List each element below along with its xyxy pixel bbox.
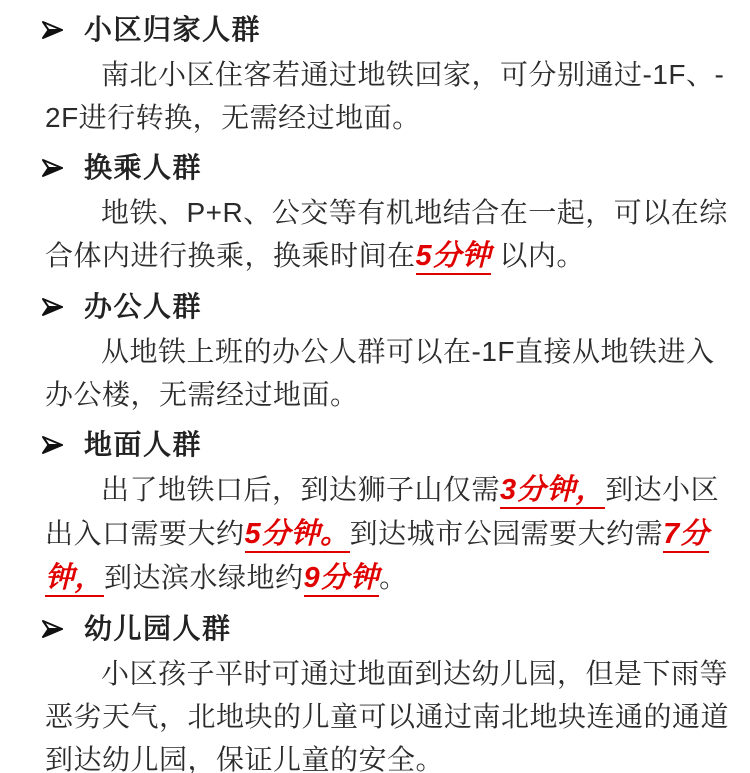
section: 换乘人群地铁、P+R、公交等有机地结合在一起，可以在综合体内进行换乘，换乘时间在…	[0, 152, 726, 278]
arrowhead-bullet-icon	[40, 19, 65, 41]
arrowhead-bullet-icon	[40, 434, 65, 456]
arrowhead-bullet-icon	[40, 618, 65, 640]
section: 幼儿园人群小区孩子平时可通过地面到达幼儿园，但是下雨等恶劣天气，北地块的儿童可以…	[0, 613, 726, 773]
body-text: 。	[379, 562, 408, 593]
highlighted-duration-text: 5分钟	[416, 240, 492, 275]
section-heading-label: 幼儿园人群	[84, 613, 232, 645]
paragraph-line: 小区孩子平时可通过地面到达幼儿园，但是下雨等	[0, 652, 726, 695]
section: 办公人群从地铁上班的办公人群可以在-1F直接从地铁进入办公楼，无需经过地面。	[0, 291, 726, 416]
section: 地面人群出了地铁口后，到达狮子山仅需3分钟，到达小区出入口需要大约5分钟。到达城…	[0, 429, 726, 600]
paragraph-line: 钟，到达滨水绿地约9分钟。	[0, 556, 726, 600]
body-text: 2F进行转换，无需经过地面。	[45, 102, 421, 133]
paragraph-line: 办公楼，无需经过地面。	[0, 373, 726, 416]
highlighted-duration-text: 钟，	[45, 562, 104, 597]
section-heading-label: 办公人群	[84, 291, 202, 323]
section-heading-label: 地面人群	[84, 429, 202, 461]
section-heading: 幼儿园人群	[0, 613, 726, 645]
paragraph-line: 到达幼儿园，保证儿童的安全。	[0, 738, 726, 773]
section: 小区归家人群南北小区住客若通过地铁回家，可分别通过-1F、-2F进行转换，无需经…	[0, 14, 726, 139]
highlighted-duration-text: 5分钟。	[245, 518, 350, 553]
section-heading: 地面人群	[0, 429, 726, 461]
paragraph-line: 2F进行转换，无需经过地面。	[0, 96, 726, 139]
paragraph-line: 南北小区住客若通过地铁回家，可分别通过-1F、-	[0, 53, 726, 96]
body-text: 到达滨水绿地约	[104, 562, 304, 593]
body-text: 从地铁上班的办公人群可以在-1F直接从地铁进入	[101, 336, 715, 367]
arrowhead-bullet-icon	[40, 296, 65, 318]
paragraph-line: 恶劣天气，北地块的儿童可以通过南北地块连通的通道	[0, 695, 726, 738]
body-text: 合体内进行换乘，换乘时间在	[45, 240, 416, 271]
body-text: 恶劣天气，北地块的儿童可以通过南北地块连通的通道	[45, 701, 729, 732]
section-heading-label: 小区归家人群	[84, 14, 261, 46]
section-heading: 办公人群	[0, 291, 726, 323]
document-body: 小区归家人群南北小区住客若通过地铁回家，可分别通过-1F、-2F进行转换，无需经…	[0, 0, 750, 773]
body-text: 以内。	[491, 240, 585, 271]
paragraph-line: 从地铁上班的办公人群可以在-1F直接从地铁进入	[0, 330, 726, 373]
paragraph-line: 出了地铁口后，到达狮子山仅需3分钟，到达小区	[0, 468, 726, 512]
section-heading: 小区归家人群	[0, 14, 726, 46]
section-heading: 换乘人群	[0, 152, 726, 184]
body-text: 南北小区住客若通过地铁回家，可分别通过-1F、-	[101, 59, 724, 90]
body-text: 到达小区	[605, 474, 719, 505]
arrowhead-bullet-icon	[40, 157, 65, 179]
body-text: 到达幼儿园，保证儿童的安全。	[45, 744, 444, 773]
section-heading-label: 换乘人群	[84, 152, 202, 184]
paragraph-line: 合体内进行换乘，换乘时间在5分钟 以内。	[0, 234, 726, 278]
highlighted-duration-text: 7分	[663, 518, 709, 553]
body-text: 地铁、P+R、公交等有机地结合在一起，可以在综	[101, 197, 728, 228]
body-text: 小区孩子平时可通过地面到达幼儿园，但是下雨等	[101, 658, 728, 689]
highlighted-duration-text: 9分钟	[304, 562, 380, 597]
highlighted-duration-text: 3分钟，	[500, 474, 605, 509]
body-text: 到达城市公园需要大约需	[350, 518, 664, 549]
paragraph-line: 出入口需要大约5分钟。到达城市公园需要大约需7分	[0, 512, 726, 556]
paragraph-line: 地铁、P+R、公交等有机地结合在一起，可以在综	[0, 191, 726, 234]
body-text: 出了地铁口后，到达狮子山仅需	[101, 474, 500, 505]
body-text: 办公楼，无需经过地面。	[45, 379, 359, 410]
body-text: 出入口需要大约	[45, 518, 245, 549]
